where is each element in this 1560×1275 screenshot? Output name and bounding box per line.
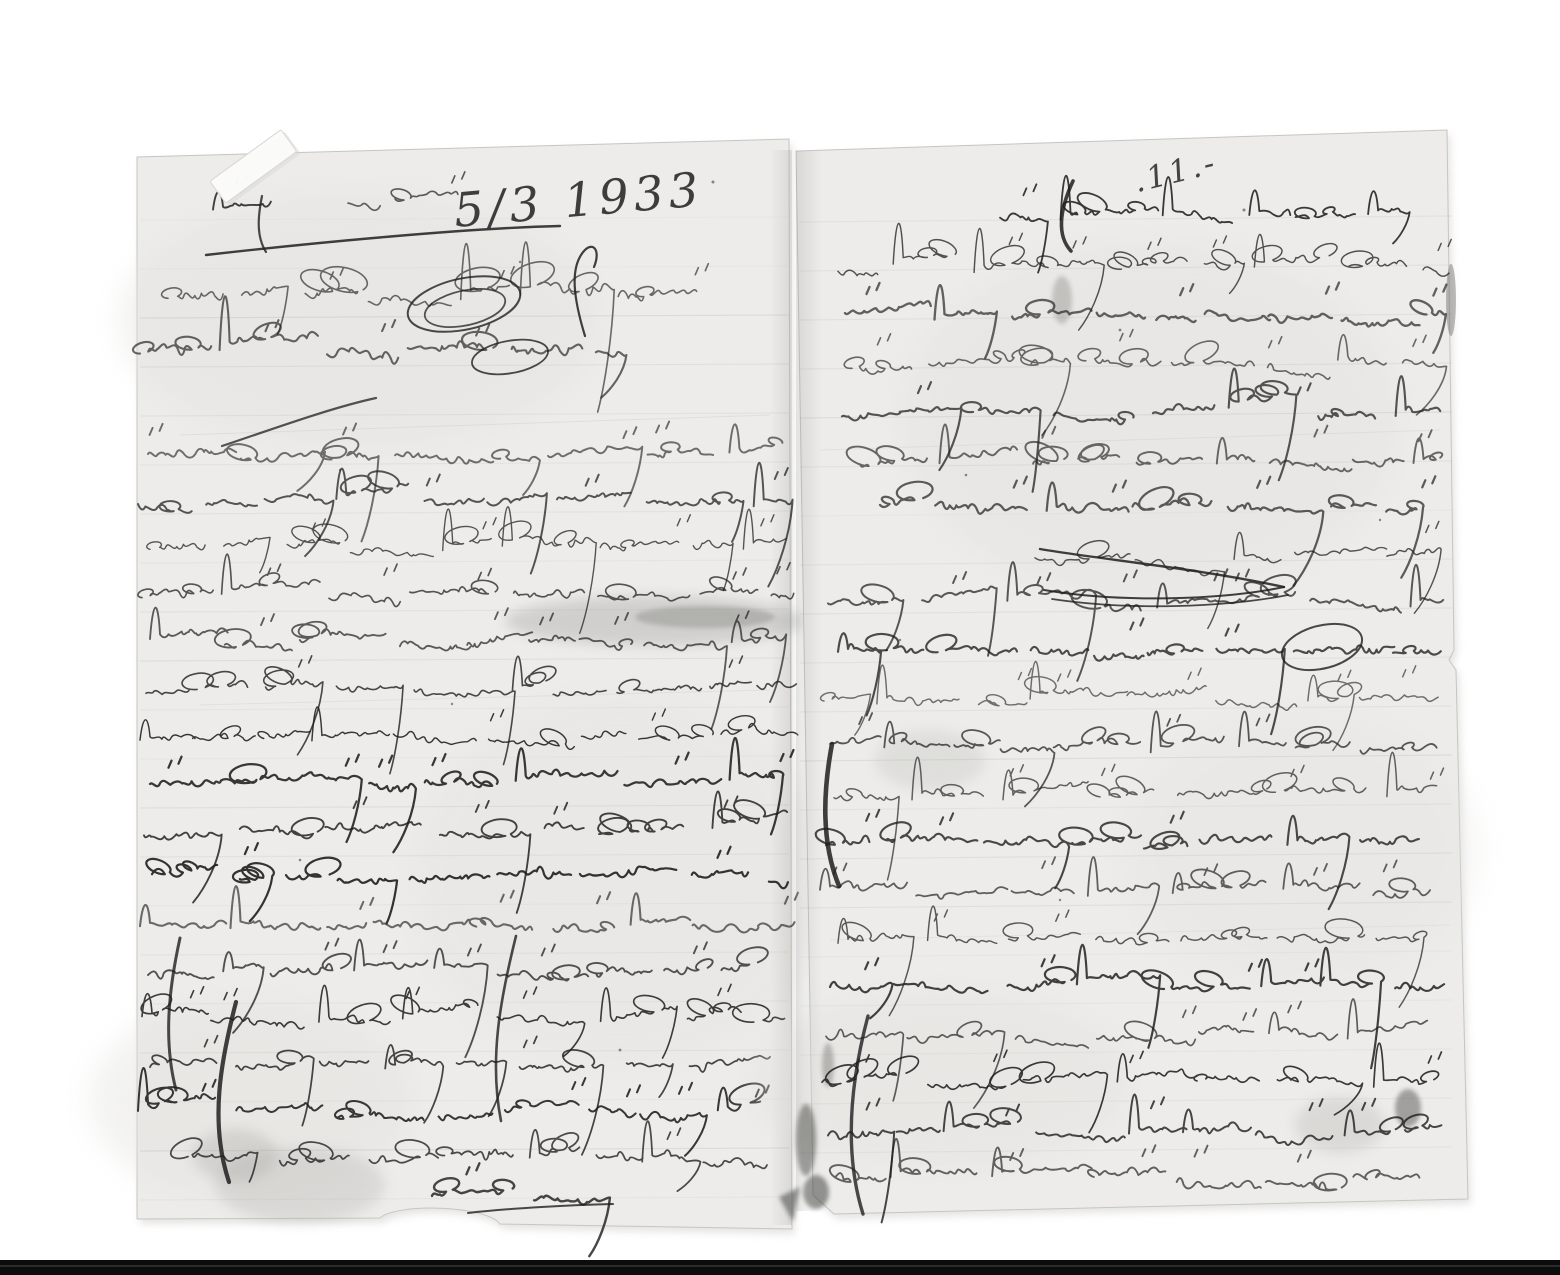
fold-shading-right bbox=[796, 151, 822, 1211]
left-page: 5/3 1933 bbox=[90, 128, 830, 1256]
ink-speck bbox=[299, 859, 302, 862]
ink-speck bbox=[899, 639, 901, 641]
ink-speck bbox=[619, 1049, 622, 1052]
ink-speck bbox=[712, 181, 715, 184]
scan-image: 5/3 1933 .11.- bbox=[0, 0, 1560, 1275]
scanner-bar bbox=[0, 1260, 1560, 1275]
ink-speck bbox=[519, 261, 521, 263]
smudge bbox=[1052, 276, 1072, 324]
ink-speck bbox=[1379, 519, 1381, 521]
dark-stain bbox=[1395, 1089, 1421, 1127]
ink-speck bbox=[1119, 329, 1122, 332]
stain bbox=[875, 730, 985, 790]
scanned-letter: 5/3 1933 .11.- bbox=[0, 0, 1560, 1275]
ink-smudge-core bbox=[635, 606, 775, 628]
ink-speck bbox=[965, 474, 968, 477]
ink-speck bbox=[1059, 899, 1061, 901]
stain bbox=[193, 1129, 277, 1181]
scanner-bar-highlight bbox=[0, 1265, 1560, 1267]
ink-speck bbox=[339, 469, 341, 471]
ink-speck bbox=[451, 703, 453, 705]
right-page: .11.- bbox=[750, 130, 1480, 1222]
ink-speck bbox=[1243, 209, 1246, 212]
